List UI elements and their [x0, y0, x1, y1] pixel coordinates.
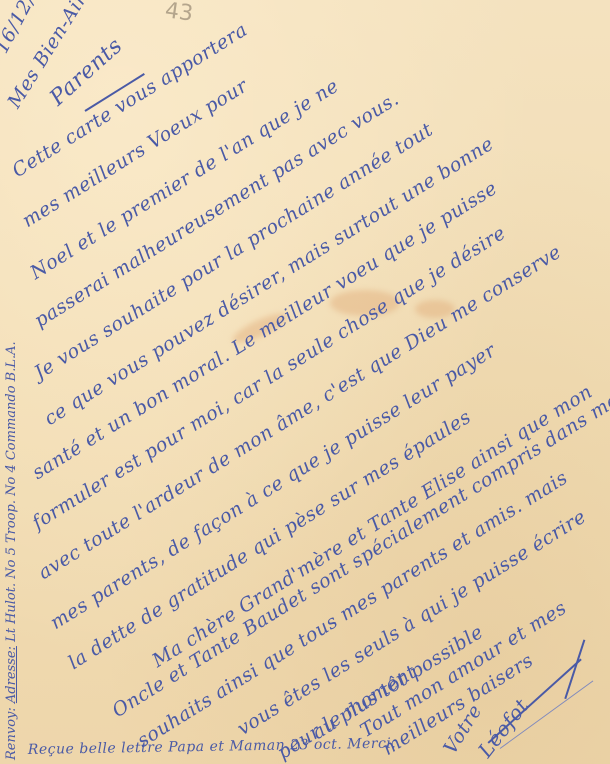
pencil-archive-number: 43 [163, 0, 194, 27]
margin-address-label: Adresse: [4, 646, 19, 703]
margin-address-note: Renvoy: Adresse: Lt Hulot. No 5 Troop. N… [4, 341, 19, 760]
margin-prefix: Renvoy: [4, 707, 19, 760]
margin-address-text: Lt Hulot. No 5 Troop. No 4 Commando B.L.… [4, 341, 19, 642]
